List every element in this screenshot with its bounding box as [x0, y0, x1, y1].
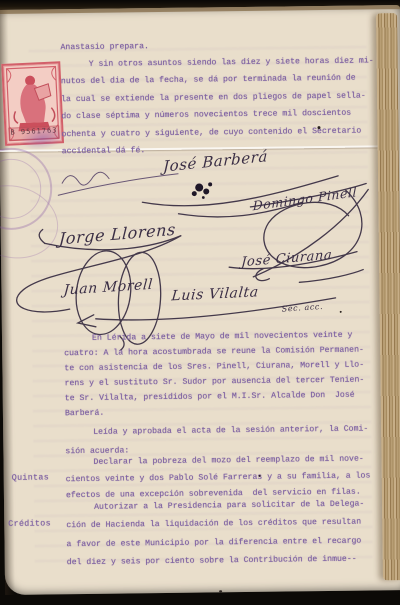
scanned-minutes-page: B 9561763 Anastasio prepara. Y sin otros…	[0, 0, 400, 605]
ink-speck	[340, 311, 342, 313]
margin-note-creditos: Créditos	[8, 518, 51, 529]
creditos-paragraph: Autorizar a la Presidencia para solicita…	[66, 499, 375, 576]
session-paragraph: En Lérida a siete de Mayo de mil novecie…	[64, 330, 373, 424]
page-stack-fore-edge	[376, 13, 400, 580]
ink-blot	[192, 182, 213, 199]
margin-note-quintas: Quintas	[12, 472, 49, 482]
typed-line: del diez y seis por ciento sobre la Cont…	[67, 554, 375, 576]
ink-speck	[219, 590, 222, 592]
ledger-page: B 9561763 Anastasio prepara. Y sin otros…	[0, 5, 400, 595]
ink-speck	[259, 475, 261, 477]
ink-speck	[317, 126, 320, 129]
